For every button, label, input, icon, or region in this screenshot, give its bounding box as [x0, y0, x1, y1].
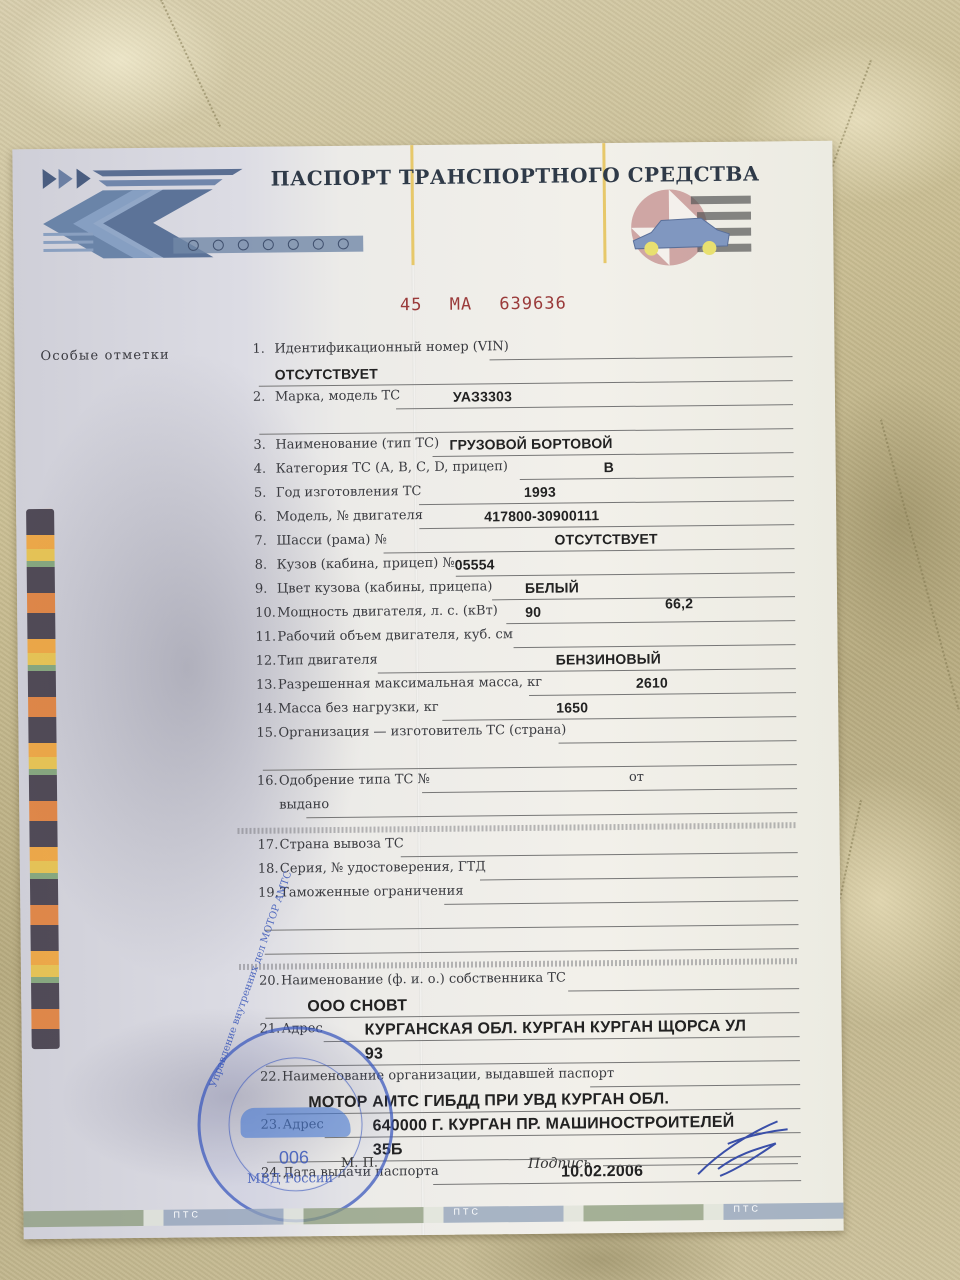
vehicle-passport-document: ПАСПОРТ ТРАНСПОРТНОГО СРЕДСТВА 45 МА 639…: [12, 141, 843, 1240]
official-stamp: Управление внутренних дел МОТОР АМТС 006…: [197, 1025, 395, 1223]
field-line: [591, 1084, 801, 1087]
field-label: Таможенные ограничения: [280, 884, 464, 901]
car-emblem-icon: [621, 182, 752, 273]
field-value: 640000 Г. КУРГАН ПР. МАШИНОСТРОИТЕЛЕЙ: [372, 1114, 734, 1136]
field-number: 18.: [258, 862, 280, 877]
fold-mark: [602, 143, 606, 263]
field-value: БЕНЗИНОВЫЙ: [556, 651, 661, 668]
security-strip: [23, 1203, 843, 1228]
strip-text: ПТС: [453, 1206, 481, 1216]
field-number: 1.: [252, 342, 274, 357]
field-value: 05554: [455, 556, 495, 572]
field-label: Масса без нагрузки, кг: [278, 700, 439, 717]
field-line: [514, 644, 796, 648]
field-suffix: от: [629, 770, 644, 785]
field-label: Одобрение типа ТС №: [279, 772, 430, 789]
stamp-code: 006: [279, 1147, 309, 1168]
field-label: Шасси (рама) №: [276, 532, 387, 548]
field-number: 15.: [256, 726, 278, 741]
field-label: Мощность двигателя, л. с. (кВт): [277, 603, 498, 620]
field-number: 12.: [256, 654, 278, 669]
field-label: Разрешенная максимальная масса, кг: [278, 675, 542, 693]
signature-label: Подпись: [528, 1155, 591, 1172]
field-value-kw: 66,2: [665, 595, 693, 611]
field-number: 8.: [255, 558, 277, 573]
field-number: 3.: [253, 438, 275, 453]
field-number: 13.: [256, 678, 278, 693]
field-value: 417800-30900111: [484, 507, 599, 524]
field-number: 4.: [254, 462, 276, 477]
seal-place-label: М. П.: [341, 1156, 378, 1171]
field-value: 1650: [556, 699, 588, 715]
field-row: [259, 928, 799, 958]
field-label: Серия, № удостоверения, ГТД: [280, 859, 486, 876]
field-row: выдано: [257, 792, 797, 822]
field-value: В: [604, 459, 614, 475]
field-value: ГРУЗОВОЙ БОРТОВОЙ: [449, 435, 612, 453]
field-label: выдано: [279, 797, 329, 813]
field-line: [568, 988, 799, 991]
fabric-seam: [160, 0, 221, 127]
field-label: Идентификационный номер (VIN): [274, 339, 509, 356]
field-line: [529, 692, 796, 696]
field-value: УАЗ3303: [453, 388, 512, 405]
strip-text: ПТС: [173, 1209, 201, 1219]
field-line: [265, 948, 799, 955]
field-number: 7.: [254, 534, 276, 549]
fold-mark: [410, 145, 414, 265]
field-label: Наименование (тип ТС): [275, 436, 439, 453]
field-value: 90: [525, 604, 541, 620]
field-number: 6.: [254, 510, 276, 525]
passport-serial-number: 45 МА 639636: [400, 294, 567, 316]
stamp-organization: МВД России: [247, 1171, 333, 1187]
field-label: Кузов (кабина, прицеп) №: [277, 556, 455, 573]
field-number: 16.: [257, 774, 279, 789]
field-label: Наименование (ф. и. о.) собственника ТС: [281, 971, 566, 989]
signature-icon: [687, 1113, 798, 1184]
field-label: Год изготовления ТС: [276, 484, 422, 501]
field-value: БЕЛЫЙ: [525, 579, 579, 596]
field-value: 1993: [524, 484, 556, 500]
field-value: ООО СНОВТ: [307, 997, 407, 1016]
field-label: Организация — изготовитель ТС (страна): [278, 723, 566, 741]
field-number: 17.: [258, 838, 280, 853]
stamp-car-icon: [240, 1107, 350, 1138]
field-label: Страна вывоза ТС: [280, 836, 404, 852]
field-number: 2.: [253, 390, 275, 405]
field-label: Цвет кузова (кабины, прицепа): [277, 579, 493, 596]
field-label: Марка, модель ТС: [275, 388, 400, 404]
special-notes-label: Особые отметки: [40, 348, 170, 364]
field-line: [506, 620, 795, 624]
field-value: ОТСУТСТВУЕТ: [275, 366, 378, 383]
field-line: [558, 740, 796, 743]
fabric-seam: [880, 419, 960, 709]
field-label: Тип двигателя: [278, 653, 378, 669]
field-value: ОТСУТСТВУЕТ: [554, 531, 657, 548]
field-label: Категория ТС (А, В, С, D, прицеп): [276, 459, 508, 476]
hologram-strip: [26, 509, 60, 1049]
field-number: 9.: [255, 582, 277, 597]
field-number: 11.: [255, 630, 277, 645]
field-line: [519, 476, 793, 480]
field-value: 2610: [636, 674, 668, 690]
field-label: Рабочий объем двигателя, куб. см: [277, 627, 513, 644]
field-line: [307, 812, 798, 818]
field-number: 14.: [256, 702, 278, 717]
field-number: 5.: [254, 486, 276, 501]
field-number: 20.: [259, 974, 281, 989]
field-label: Модель, № двигателя: [276, 508, 423, 525]
field-number: 10.: [255, 606, 277, 621]
strip-text: ПТС: [733, 1204, 761, 1214]
